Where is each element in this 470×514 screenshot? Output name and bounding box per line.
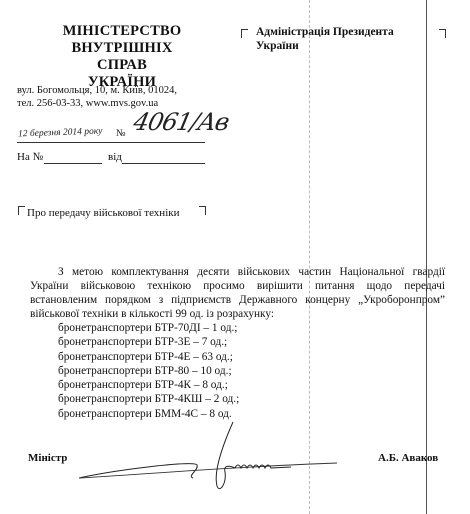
list-item: бронетранспортери БТР-70ДІ – 1 од.; — [58, 321, 239, 335]
fold-line — [426, 0, 427, 514]
reply-to-label: На № — [17, 151, 43, 163]
recipient-bracket-right — [439, 29, 446, 38]
signatory-role: Міністр — [28, 452, 67, 464]
recipient-block: Адміністрація Президента України — [256, 25, 411, 53]
ministry-line-1: МІНІСТЕРСТВО — [62, 23, 182, 40]
address-line: вул. Богомольця, 10, м. Київ, 01024, — [17, 84, 177, 97]
registration-number-label: № — [116, 128, 126, 139]
list-item: бронетранспортери БТР-3Е – 7 од.; — [58, 335, 239, 349]
list-item: бронетранспортери БТР-4КШ – 2 од.; — [58, 392, 239, 406]
reply-from-label: від — [108, 151, 122, 163]
ministry-line-2: ВНУТРІШНІХ СПРАВ — [62, 40, 182, 74]
recipient-bracket-left — [241, 29, 248, 38]
recipient-line-1: Адміністрація Президента — [256, 25, 411, 39]
reply-date-blank — [122, 163, 205, 164]
registration-number: 4061/Ав — [131, 108, 231, 136]
subject-line: Про передачу військової техніки — [27, 207, 180, 219]
recipient-line-2: України — [256, 39, 411, 53]
equipment-list: бронетранспортери БТР-70ДІ – 1 од.; брон… — [58, 321, 239, 421]
list-item: бронетранспортери БТР-4Е – 63 од.; — [58, 350, 239, 364]
list-item: бронетранспортери БММ-4С – 8 од. — [58, 407, 239, 421]
ministry-letterhead: МІНІСТЕРСТВО ВНУТРІШНІХ СПРАВ УКРАЇНИ — [62, 23, 182, 91]
list-item: бронетранспортери БТР-80 – 10 од.; — [58, 364, 239, 378]
body-paragraph: З метою комплектування десяти військових… — [30, 265, 445, 321]
subject-bracket-left — [18, 206, 25, 215]
handwritten-signature — [75, 420, 345, 500]
subject-bracket-right — [199, 206, 206, 215]
letter-body: З метою комплектування десяти військових… — [30, 265, 445, 321]
reply-number-blank — [44, 163, 102, 164]
ministry-address: вул. Богомольця, 10, м. Київ, 01024, тел… — [17, 84, 177, 110]
list-item: бронетранспортери БТР-4К – 8 од.; — [58, 378, 239, 392]
signatory-name: А.Б. Аваков — [378, 452, 438, 464]
